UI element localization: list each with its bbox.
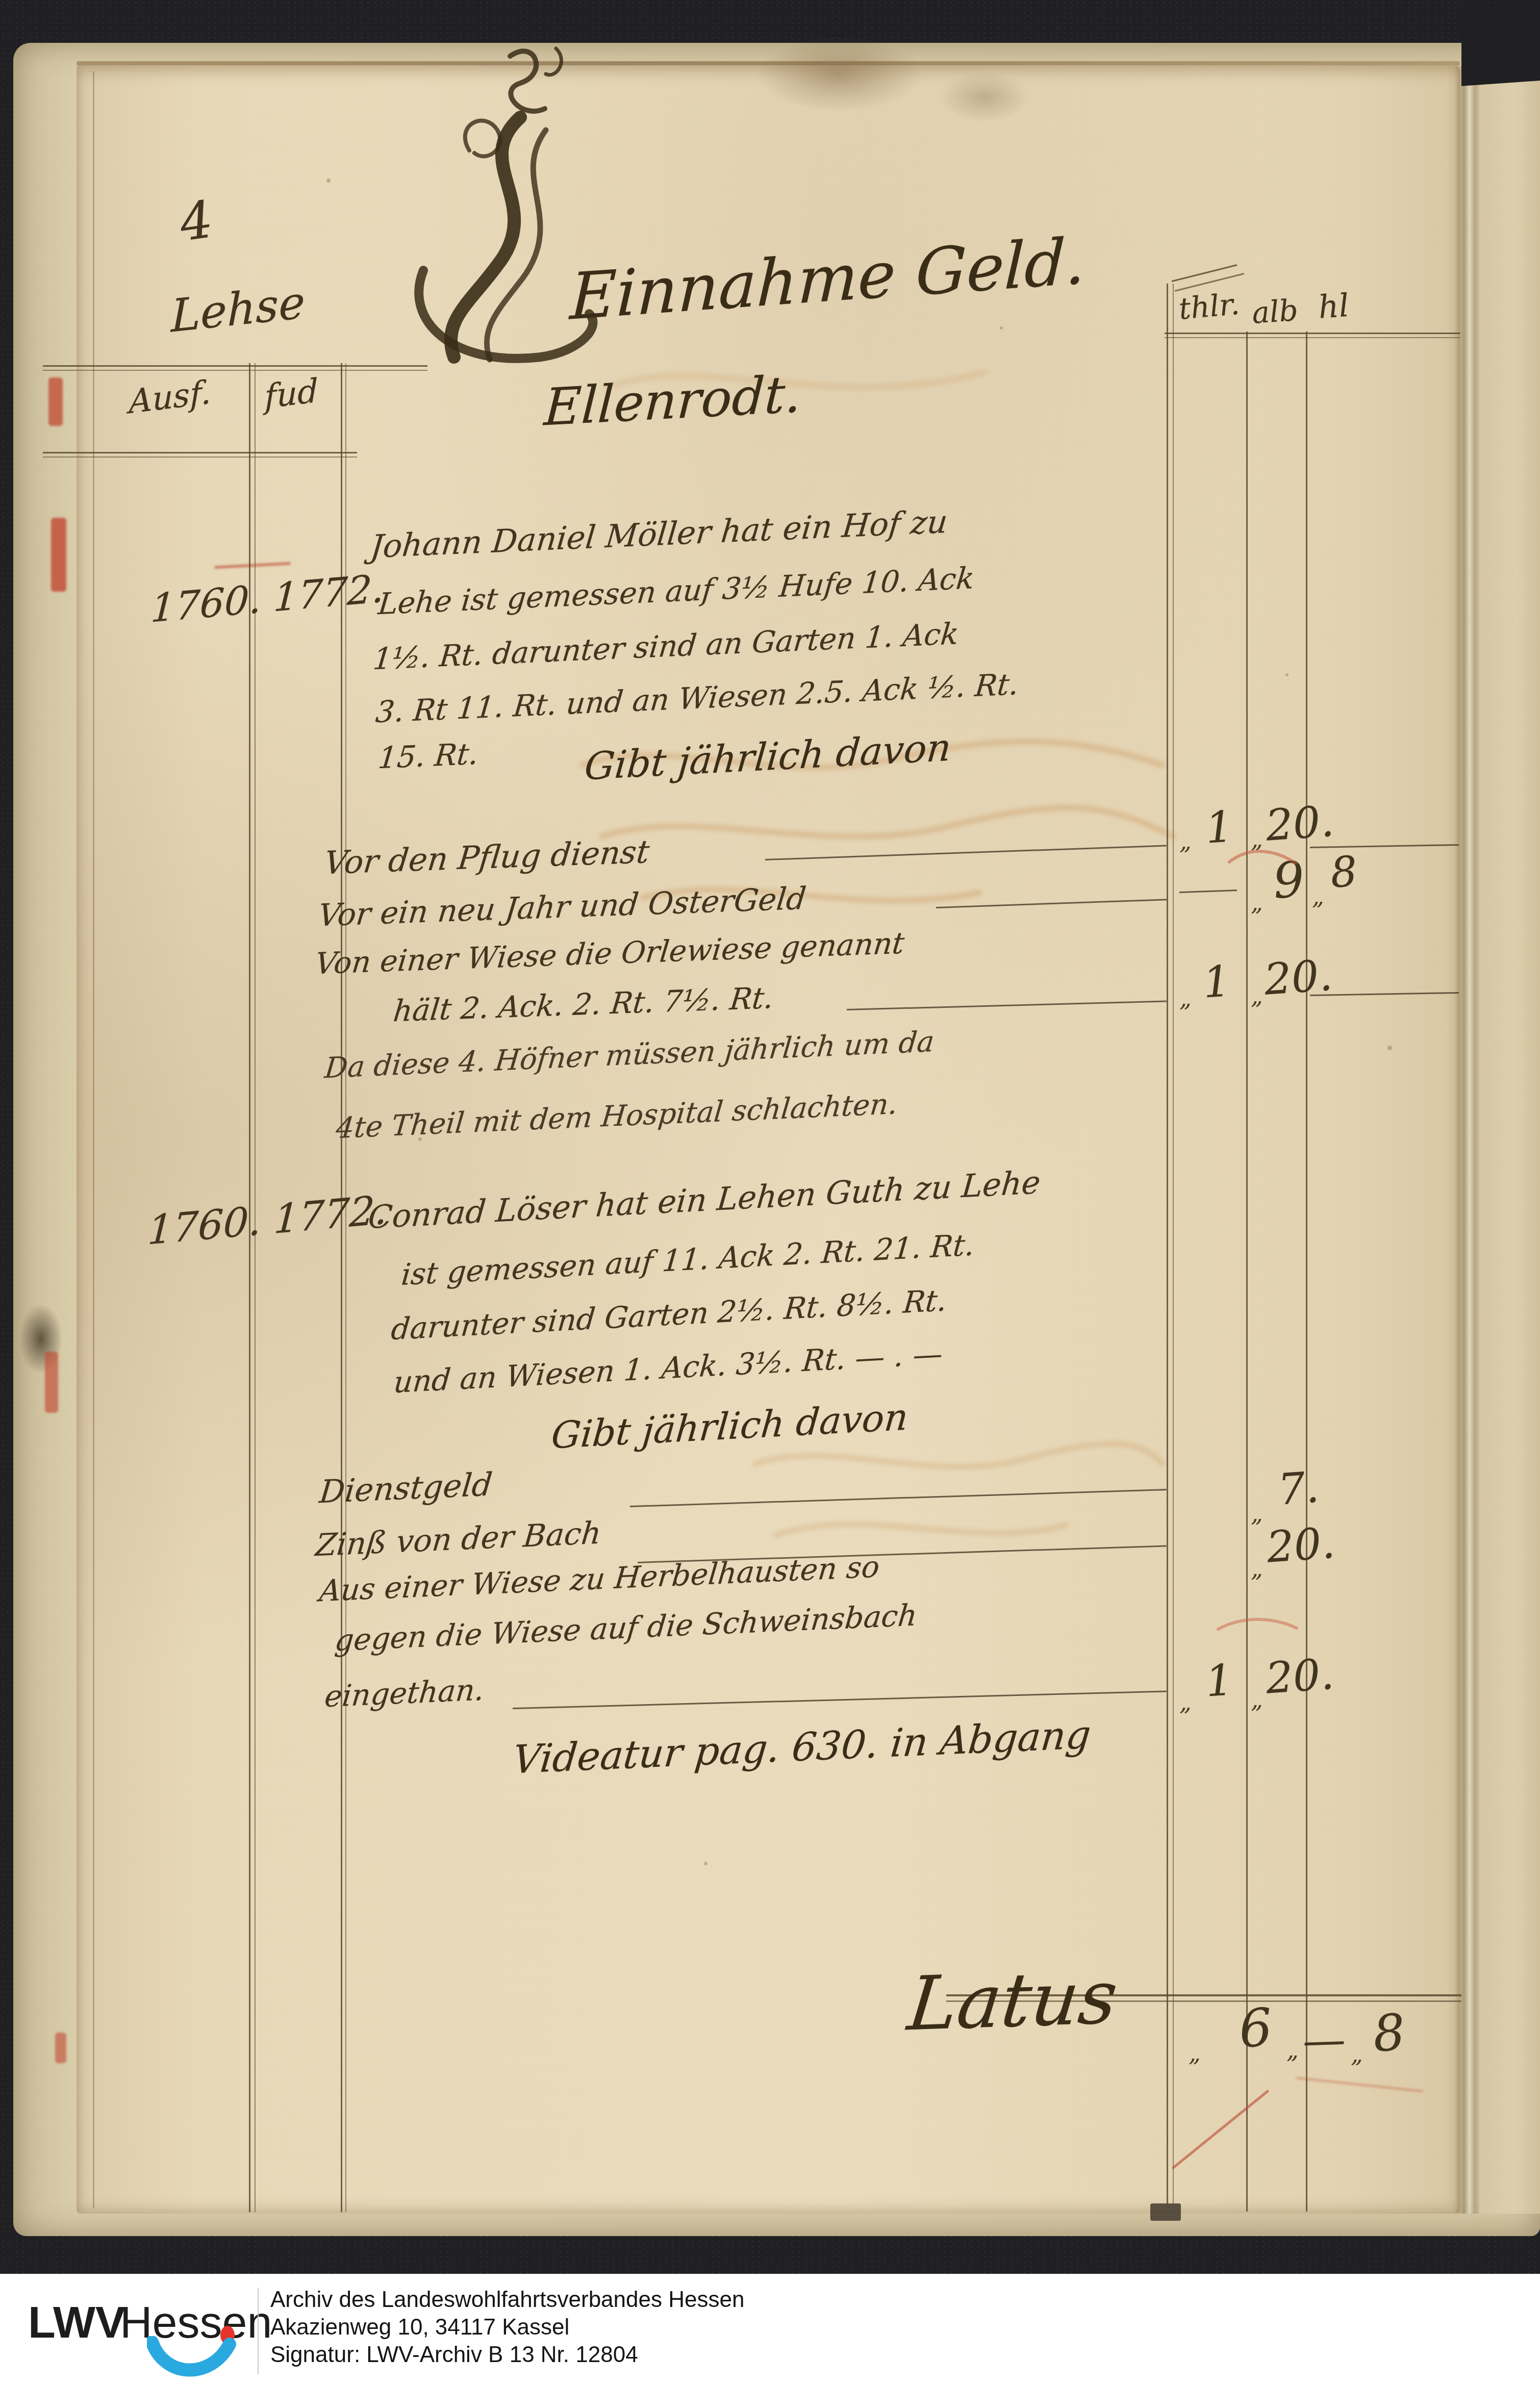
footer-divider [258,2288,259,2374]
red-correction-stroke [1214,1611,1301,1636]
leather-corner [1461,0,1540,86]
footer-archive-name: Archiv des Landeswohlfahrtsverbandes Hes… [270,2286,744,2314]
amount-hl: 8 [1329,847,1359,897]
amount-separator: „ [1251,889,1263,916]
red-diagonal-stroke [1163,2081,1280,2178]
amount-col-vline [1306,332,1307,2212]
total-label: Latus [904,1954,1121,2048]
margin-vline [345,363,346,2212]
red-edge-stain [45,1352,58,1413]
scanned-manuscript-page: 4 Lehse Ausf. fud Einnahme Geld. Ellenro… [0,0,1540,2384]
amount-separator: „ [1312,882,1324,910]
amount-alb: 20. [1265,1518,1336,1573]
amount-separator: „ [1251,1686,1263,1713]
stain [939,71,1030,122]
total-alb: — [1302,2014,1346,2066]
row-label: Dienstgeld [318,1465,494,1510]
amount-thlr: 1 [1204,1655,1234,1706]
amount-col-vline [1173,284,1174,2212]
red-edge-stain [55,2033,66,2063]
amount-separator: „ [1179,1688,1192,1716]
margin-hline [43,365,427,367]
total-hl: 8 [1371,2003,1407,2064]
foxing-spot [1387,1046,1392,1050]
lwv-logo-bold: LWV [28,2296,125,2348]
adjacent-page-edge [1479,66,1540,2214]
top-squiggle-flourish [479,38,587,135]
margin-hline [43,456,357,458]
amount-header-hline [1165,333,1460,334]
col-header-hl: hl [1317,287,1350,326]
amount-separator: „ [1179,984,1192,1012]
margin-vline [341,363,342,2212]
red-edge-stain [48,377,63,426]
col-header-thlr: thlr. [1177,287,1241,326]
foxing-spot [704,1862,708,1865]
lwv-logo-blue-swoosh-icon [147,2336,239,2384]
amount-separator: „ [1189,2039,1201,2067]
amount-col-vline [1167,284,1168,2212]
footer-signature: Signatur: LWV-Archiv B 13 Nr. 12804 [270,2341,638,2369]
total-thlr: 6 [1237,1997,1274,2060]
foxing-spot [326,179,331,183]
red-correction-stroke [1224,841,1301,871]
amount-alb: 20. [1264,1649,1335,1704]
page-fold-ridge [1455,66,1481,2214]
stain [1150,2203,1181,2221]
amount-separator: „ [1251,1500,1263,1527]
amount-separator: „ [1351,2040,1363,2068]
margin-hline [43,370,427,371]
margin-vline [255,363,256,2212]
margin-box-right-label: fud [264,372,318,416]
amount-separator: „ [1179,827,1192,855]
margin-hline [43,452,357,453]
amount-separator: „ [1251,982,1263,1009]
red-edge-stain [51,518,66,592]
stain [755,36,923,112]
amount-separator: „ [1286,2036,1299,2064]
col-header-alb: alb [1251,293,1299,331]
margin-vline [249,363,250,2212]
amount-alb: 20. [1263,950,1334,1005]
amount-separator: „ [1251,1555,1263,1582]
row-label: eingethan. [323,1672,486,1714]
left-fold-line [93,71,94,2209]
foxing-spot [1285,673,1289,676]
footer-address: Akazienweg 10, 34117 Kassel [270,2314,569,2341]
amount-header-hline [1165,337,1460,338]
ornamental-initial-flourish [393,102,612,398]
entry-body-line: 15. Rt. [376,736,479,775]
amount-col-vline [1246,332,1248,2212]
amount-thlr: 1 [1201,956,1232,1007]
amount-alb: 7. [1276,1462,1321,1514]
